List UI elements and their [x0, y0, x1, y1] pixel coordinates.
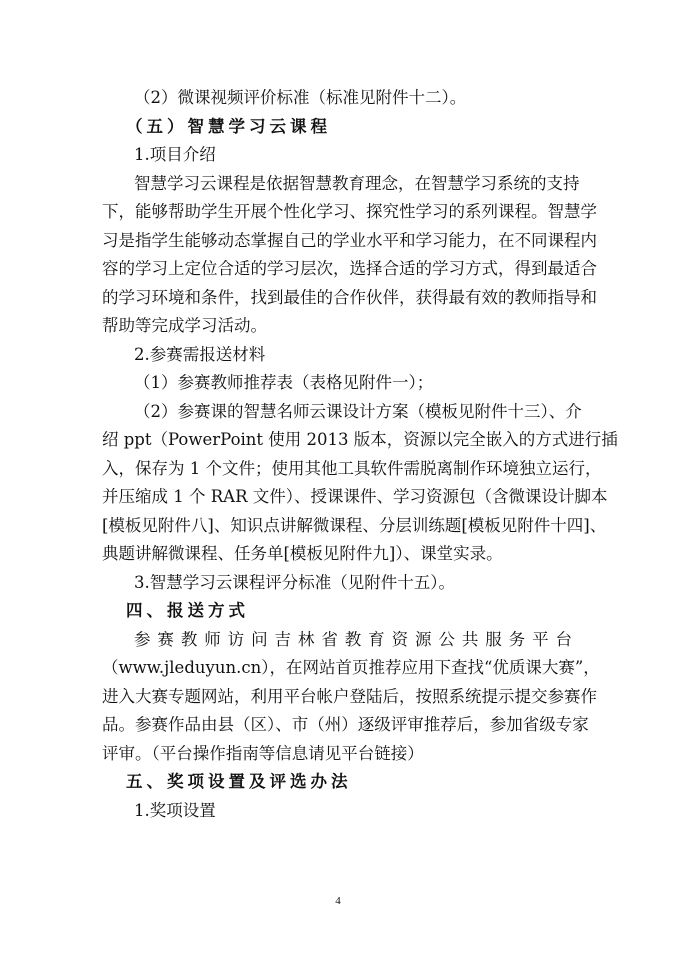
section-heading-awards: 五、奖项设置及评选办法 — [126, 768, 602, 796]
paragraph-line: 并压缩成 1 个 RAR 文件）、授课课件、学习资源包（含微课设计脚本 — [102, 483, 578, 511]
paragraph-line: 下，能够帮助学生开展个性化学习、探究性学习的系列课程。智慧学 — [102, 198, 578, 226]
paragraph-line: 进入大赛专题网站，利用平台帐户登陆后，按照系统提示提交参赛作 — [102, 683, 578, 711]
paragraph-line: 习是指学生能够动态掌握自己的学业水平和学习能力，在不同课程内 — [102, 227, 578, 255]
document-page: （2）微课视频评价标准（标准见附件十二）。 （五）智慧学习云课程 1.项目介绍 … — [0, 0, 676, 960]
paragraph-line: 品。参赛作品由县（区）、市（州）逐级评审推荐后，参加省级专家 — [102, 711, 578, 739]
paragraph-line-with-url: （www.jleduyun.cn），在网站首页推荐应用下查找“优质课大赛”， — [102, 654, 578, 682]
subheading-project-intro: 1.项目介绍 — [134, 141, 578, 169]
paragraph-line: 典题讲解微课程、任务单[模板见附件九]）、课堂实录。 — [102, 540, 578, 568]
subheading-scoring-criteria: 3.智慧学习云课程评分标准（见附件十五）。 — [134, 569, 578, 597]
list-item-micro-video-criteria: （2）微课视频评价标准（标准见附件十二）。 — [134, 84, 578, 112]
paragraph-line: 的学习环境和条件，找到最佳的合作伙伴，获得最有效的教师指导和 — [102, 284, 578, 312]
paragraph-line: [模板见附件八]、知识点讲解微课程、分层训练题[模板见附件十四]、 — [102, 512, 578, 540]
subheading-award-setup: 1.奖项设置 — [134, 797, 578, 825]
paragraph-line: 参赛教师访问吉林省教育资源公共服务平台 — [134, 626, 578, 654]
paragraph-line: 容的学习上定位合适的学习层次，选择合适的学习方式，得到最适合 — [102, 255, 578, 283]
paragraph-line: 入，保存为 1 个文件；使用其他工具软件需脱离制作环境独立运行， — [102, 455, 578, 483]
paragraph-line: 帮助等完成学习活动。 — [102, 312, 578, 340]
paragraph-line: 智慧学习云课程是依据智慧教育理念，在智慧学习系统的支持 — [134, 170, 578, 198]
section-heading-submission-method: 四、报送方式 — [126, 597, 602, 625]
paragraph-line: （2）参赛课的智慧名师云课设计方案（模板见附件十三）、介 — [134, 398, 578, 426]
subheading-submission-materials: 2.参赛需报送材料 — [134, 341, 578, 369]
page-number: 4 — [328, 895, 348, 907]
paragraph-line: 评审。（平台操作指南等信息请见平台链接） — [102, 740, 578, 768]
paragraph-line: 绍 ppt（PowerPoint 使用 2013 版本，资源以完全嵌入的方式进行… — [102, 426, 578, 454]
section-heading-smart-learning-cloud: （五）智慧学习云课程 — [126, 113, 602, 141]
list-item-recommendation-form: （1）参赛教师推荐表（表格见附件一）； — [134, 369, 578, 397]
